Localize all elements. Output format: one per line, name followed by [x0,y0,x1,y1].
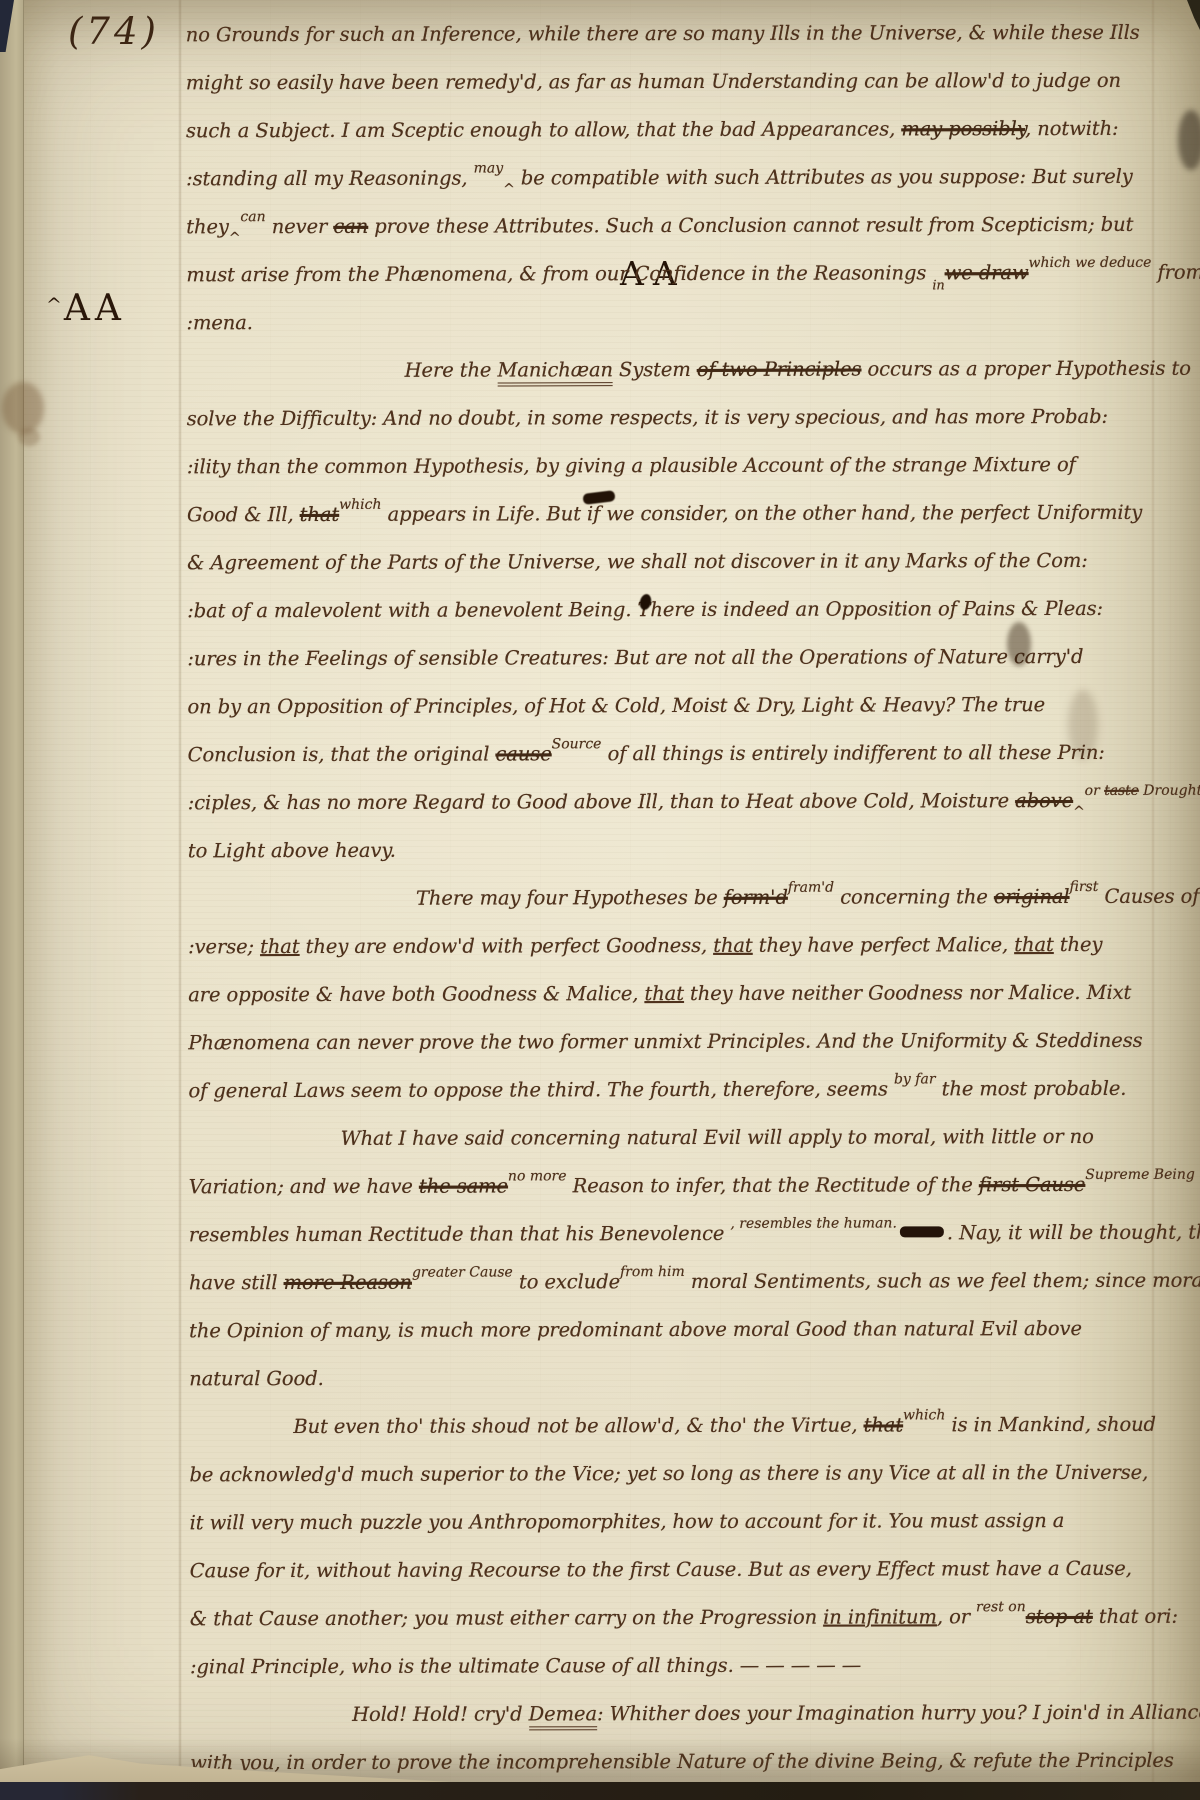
text-segment: Good & Ill, [187,503,300,526]
text-segment: be compatible with such Attributes as yo… [515,165,1133,190]
manuscript-page: (74) ^AA AA no Grounds for such an Infer… [0,0,1200,1800]
interlinear-insertion: Supreme Being [1085,1167,1195,1183]
deleted-text: above [1015,789,1073,812]
manuscript-line: Conclusion is, that the original causeSo… [188,729,1178,780]
text-segment: natural Good. [189,1367,323,1390]
manuscript-line: There may four Hypotheses be form'dfram'… [188,873,1178,924]
text-segment: such a Subject. I am Sceptic enough to a… [186,117,901,142]
underlined-text: in infinitum [823,1605,937,1628]
deleted-text: we draw [945,261,1029,284]
text-segment: from these Phæno: [1151,260,1200,284]
crease-line-left [179,0,181,1800]
text-segment: might so easily have been remedy'd, as f… [186,69,1121,94]
page-number: (74) [68,10,160,53]
manuscript-line: have still more Reasongreater Cause to e… [189,1257,1179,1308]
deleted-text: cause [495,742,551,765]
manuscript-line: :standing all my Reasonings, may^ be com… [186,153,1176,204]
text-segment: Causes of the Uni: [1098,884,1200,907]
manuscript-text: no Grounds for such an Inference, while … [186,9,1181,1788]
interlinear-insertion: Drought above [1139,783,1200,799]
text-segment: are opposite & have both Goodness & Mali… [188,982,644,1006]
edge-shadow [1178,110,1200,170]
text-segment: solve the Difficulty: And no doubt, in s… [187,405,1108,430]
interlinear-insertion: which [339,497,381,513]
text-segment [1195,1173,1200,1196]
double-underlined-text: Manichæan [497,358,613,386]
manuscript-line: it will very much puzzle you Anthropomor… [190,1497,1180,1548]
text-segment: no Grounds for such an Inference, while … [186,21,1140,46]
manuscript-line: natural Good. [189,1353,1179,1404]
ink-smudge [1068,690,1098,760]
interlinear-insertion: no more [508,1168,567,1184]
background-below-page [0,1782,1200,1800]
manuscript-line: might so easily have been remedy'd, as f… [186,57,1176,108]
underlined-text: that [260,935,300,958]
text-segment: :verse; [188,935,260,958]
deleted-text: that [864,1413,904,1436]
text-segment: System [613,358,697,381]
text-segment: , notwith: [1025,117,1118,140]
deleted-text: that [300,503,340,526]
text-segment: Phænomena can never prove the two former… [188,1029,1142,1054]
text-segment: the most probable. [936,1077,1127,1100]
manuscript-line: :verse; that they are endow'd with perfe… [188,921,1178,972]
manuscript-line: Cause for it, without having Recourse to… [190,1545,1180,1596]
manuscript-line: :mena. [186,297,1176,348]
manuscript-line: are opposite & have both Goodness & Mali… [188,969,1178,1020]
text-segment: that ori: [1093,1605,1178,1628]
text-segment: never [266,215,334,238]
insertion-caret: ^ [503,181,515,197]
interlinear-insertion: by far [894,1071,936,1087]
manuscript-line: solve the Difficulty: And no doubt, in s… [187,393,1177,444]
interlinear-insertion: can [240,209,265,225]
text-segment: , or [937,1605,976,1628]
interlinear-insertion: which [903,1407,945,1423]
text-segment: to Light above heavy. [188,839,396,863]
interlinear-insertion: first [1069,879,1098,895]
interlinear-insertion: fram'd [788,880,834,896]
manuscript-line: to Light above heavy. [188,825,1178,876]
text-segment: :mena. [186,311,252,334]
text-segment: occurs as a proper Hypothesis to [861,357,1191,381]
text-segment: must arise from the Phænomena, & from ou… [186,261,932,286]
interlinear-insertion: , resembles the human. [730,1215,897,1231]
margin-mark-letters: AA [64,288,126,329]
deleted-text: the same [419,1174,508,1197]
text-segment: of all things is entirely indifferent to… [601,741,1104,765]
text-segment: they [1054,933,1103,956]
interlinear-insertion: rest on [976,1599,1026,1615]
double-underlined-text: Demea [529,1702,597,1730]
manuscript-line: the Opinion of many, is much more predom… [189,1305,1179,1356]
text-segment: : Whither does your Imagination hurry yo… [597,1701,1200,1726]
text-segment: they have perfect Malice, [753,933,1015,957]
deleted-text: may possibly [901,117,1025,140]
text-segment: :ility than the common Hypothesis, by gi… [187,453,1076,478]
margin-caret: ^ [46,294,62,316]
text-segment: :standing all my Reasonings, [186,167,474,191]
underlined-text: that [644,982,684,1005]
ink-smudge [1007,622,1031,666]
binding-edge [0,0,24,1800]
text-segment: the Opinion of many, is much more predom… [189,1317,1082,1342]
manuscript-line: Here the Manichæan System of two Princip… [187,345,1177,396]
text-segment: it will very much puzzle you Anthropomor… [190,1509,1065,1534]
manuscript-line: on by an Opposition of Principles, of Ho… [187,681,1177,732]
text-segment: of general Laws seem to oppose the third… [188,1077,894,1102]
text-segment: moral Sentiments, such as we feel them; … [685,1268,1200,1293]
manuscript-line: :ginal Principle, who is the ultimate Ca… [190,1641,1180,1692]
deleted-text: stop at [1026,1605,1093,1628]
paper-stain [18,428,40,446]
margin-revision-mark: ^AA [48,288,126,329]
manuscript-line: must arise from the Phænomena, & from ou… [186,249,1176,300]
text-segment: concerning the [834,885,994,908]
deleted-text: can [333,215,368,238]
ink-scribble [900,1226,944,1237]
text-segment: :ginal Principle, who is the ultimate Ca… [190,1654,861,1679]
manuscript-line: Variation; and we have the sameno more R… [189,1161,1179,1212]
deleted-text: of two Principles [697,358,862,381]
text-segment: they [186,215,229,238]
text-segment: & Agreement of the Parts of the Universe… [187,549,1088,574]
interlinear-insertion: Source [552,736,602,752]
text-segment: be acknowledg'd much superior to the Vic… [189,1461,1148,1487]
manuscript-line: such a Subject. I am Sceptic enough to a… [186,105,1176,156]
text-segment: & that Cause another; you must either ca… [190,1606,823,1631]
text-segment: they have neither Goodness nor Malice. M… [684,981,1131,1005]
subscript-insertion: in [932,278,944,293]
manuscript-line: & that Cause another; you must either ca… [190,1593,1180,1644]
underlined-text: that [1014,933,1054,956]
text-segment: Conclusion is, that the original [188,742,496,766]
manuscript-line: Good & Ill, thatwhich appears in Life. B… [187,489,1177,540]
deleted-text: more Reason [284,1271,412,1294]
manuscript-line: resembles human Rectitude than that his … [189,1209,1179,1260]
text-segment: . Nay, it will be thought, that we [947,1220,1200,1244]
text-segment: There may four Hypotheses be [416,886,724,910]
manuscript-line: be acknowledg'd much superior to the Vic… [189,1449,1179,1500]
text-segment: is in Mankind, shoud [945,1413,1156,1437]
insertion-caret: ^ [229,230,241,246]
text-segment: Cause for it, without having Recourse to… [190,1557,1132,1582]
text-segment: prove these Attributes. Such a Conclusio… [368,213,1133,238]
paper-stain [2,382,44,434]
interlinear-insertion: or [1085,783,1105,799]
text-segment: Reason to infer, that the Rectitude of t… [566,1173,978,1197]
deleted-text: original [994,885,1070,908]
insertion-caret: ^ [1073,804,1085,820]
manuscript-line: no Grounds for such an Inference, while … [186,9,1176,60]
text-segment: they are endow'd with perfect Goodness, [300,934,714,958]
text-segment: have still [189,1271,284,1294]
text-segment: :ciples, & has no more Regard to Good ab… [188,789,1015,814]
manuscript-line: :ility than the common Hypothesis, by gi… [187,441,1177,492]
manuscript-line: of general Laws seem to oppose the third… [188,1065,1178,1116]
manuscript-line: :bat of a malevolent with a benevolent B… [187,585,1177,636]
manuscript-line: What I have said concerning natural Evil… [189,1113,1179,1164]
text-segment: :ures in the Feelings of sensible Creatu… [187,645,1083,670]
text-segment: Hold! Hold! cry'd [352,1702,529,1725]
deleted-text: first Cause [979,1173,1085,1196]
interlinear-insertion: which we deduce [1028,255,1151,271]
manuscript-line: :ciples, & has no more Regard to Good ab… [188,777,1178,828]
deleted-insertion: taste [1104,783,1139,799]
manuscript-line: But even tho' this shoud not be allow'd,… [189,1401,1179,1452]
text-segment: appears in Life. But if we consider, on … [381,501,1142,526]
deleted-text: form'd [724,886,788,909]
text-segment: But even tho' this shoud not be allow'd,… [293,1414,863,1438]
interlinear-insertion: greater Cause [412,1264,513,1280]
manuscript-line: Hold! Hold! cry'd Demea: Whither does yo… [190,1689,1180,1740]
text-segment: What I have said concerning natural Evil… [341,1125,1094,1150]
interlinear-insertion: from him [620,1264,685,1280]
interlinear-insertion: may [474,160,504,176]
text-segment: resembles human Rectitude than that his … [189,1222,731,1246]
text-segment: Here the [405,358,498,381]
manuscript-line: & Agreement of the Parts of the Universe… [187,537,1177,588]
text-segment: on by an Opposition of Principles, of Ho… [187,693,1045,718]
manuscript-line: Phænomena can never prove the two former… [188,1017,1178,1068]
manuscript-line: they^can never can prove these Attribute… [186,201,1176,252]
text-segment: to exclude [513,1270,620,1293]
text-segment: Variation; and we have [189,1175,419,1199]
underlined-text: that [713,934,753,957]
